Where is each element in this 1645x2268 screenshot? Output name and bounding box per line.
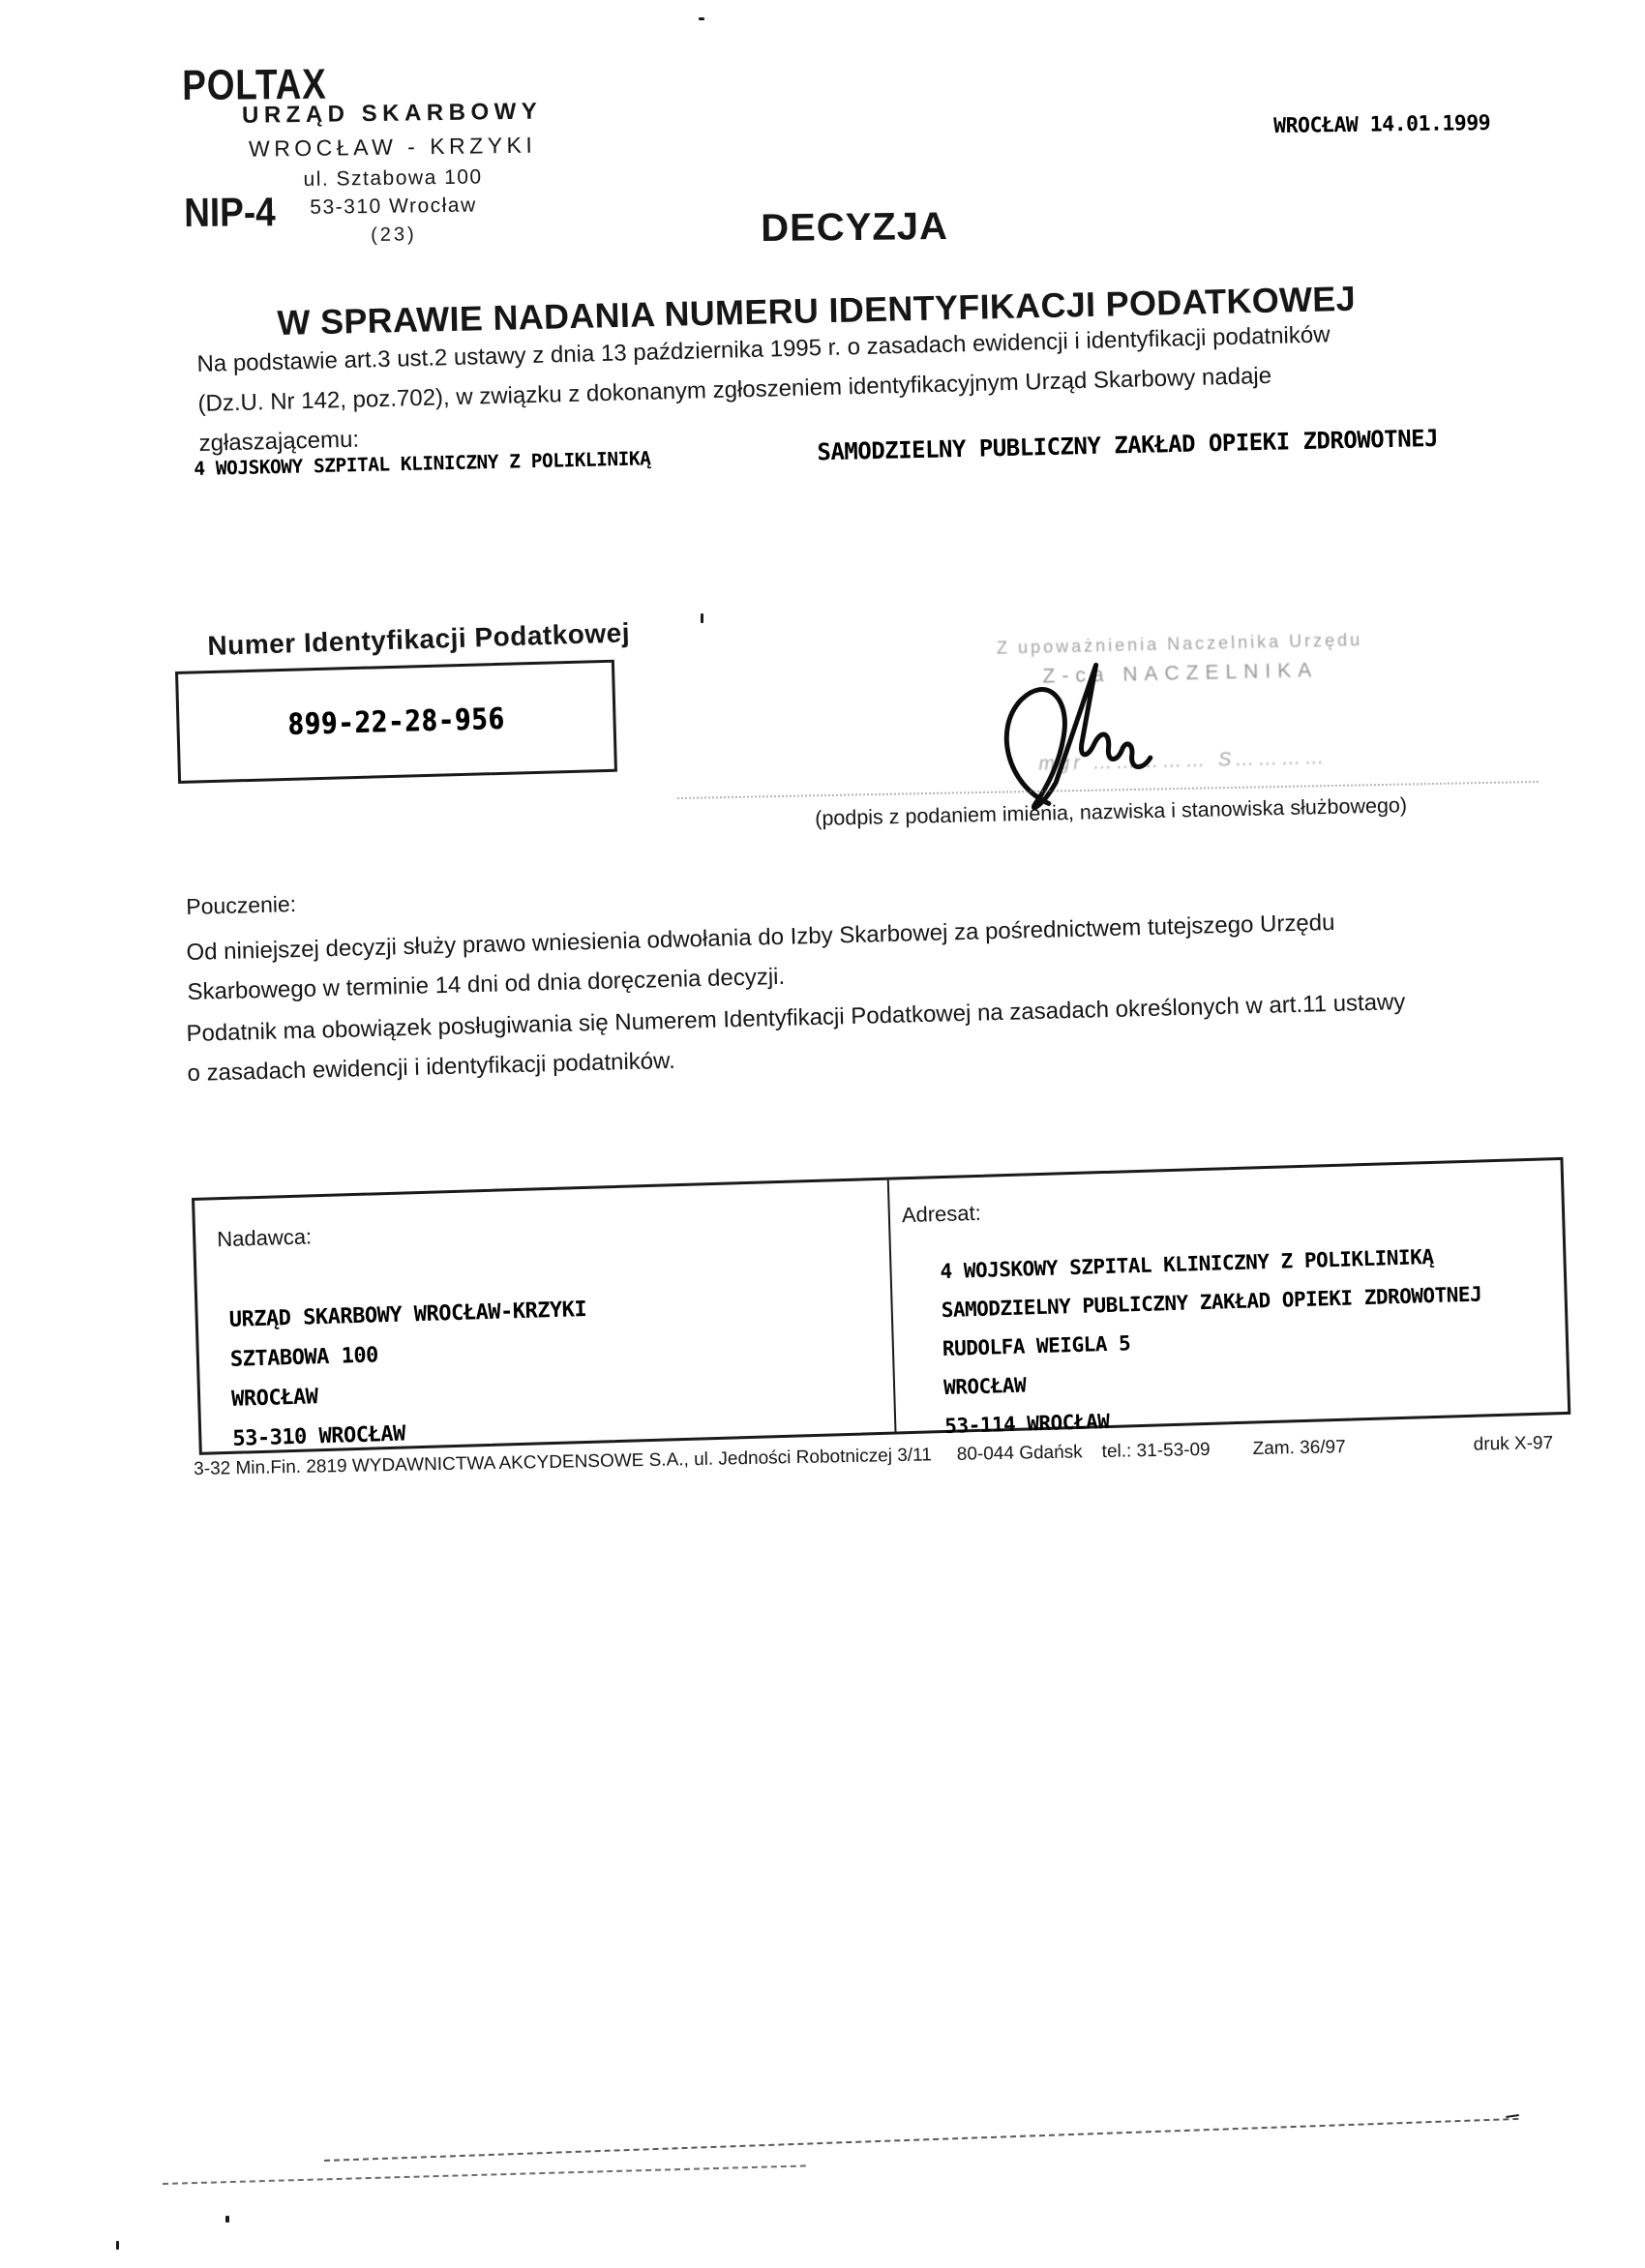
- imprint-phone: tel.: 31-53-09: [1101, 1440, 1210, 1463]
- addressee-address: 4 WOJSKOWY SZPITAL KLINICZNY Z POLIKLINI…: [940, 1237, 1485, 1446]
- tax-office-stamp-number: (23): [234, 222, 553, 249]
- scan-speck: [116, 2241, 119, 2250]
- signature-area: Z upoważnienia Naczelnika Urzędu Z-ca NA…: [813, 626, 1547, 694]
- scan-speck: [701, 613, 703, 623]
- scan-dashed-line: [163, 2164, 806, 2185]
- tax-office-stamp: URZĄD SKARBOWY WROCŁAW - KRZYKI ul. Szta…: [232, 98, 553, 249]
- imprint-print-code: druk X-97: [1473, 1433, 1553, 1456]
- address-panel-divider: [887, 1180, 897, 1432]
- sender-label: Nadawca:: [217, 1224, 313, 1252]
- tax-office-stamp-postal: 53-310 Wrocław: [233, 193, 553, 221]
- scan-speck: [225, 2216, 229, 2223]
- document-type-heading: DECYZJA: [761, 205, 948, 251]
- addressee-label: Adresat:: [901, 1201, 981, 1228]
- imprint-city: 80-044 Gdańsk: [957, 1442, 1083, 1465]
- tax-office-stamp-city: WROCŁAW - KRZYKI: [232, 132, 552, 163]
- address-panel: Nadawca: URZĄD SKARBOWY WROCŁAW-KRZYKI S…: [192, 1157, 1570, 1455]
- nip-label: Numer Identyfikacji Podatkowej: [207, 617, 630, 662]
- nip-number-value: 899-22-28-956: [287, 701, 505, 741]
- instruction-heading: Pouczenie:: [186, 891, 296, 920]
- place-and-date: WROCŁAW 14.01.1999: [1273, 111, 1490, 138]
- taxpayer-name-left: 4 WOJSKOWY SZPITAL KLINICZNY Z POLIKLINI…: [194, 447, 650, 480]
- tax-office-stamp-name: URZĄD SKARBOWY: [232, 98, 552, 130]
- form-code: NIP-4: [184, 189, 276, 236]
- scan-speck: [699, 17, 704, 20]
- nip-number-box: 899-22-28-956: [175, 660, 617, 784]
- sender-address: URZĄD SKARBOWY WROCŁAW-KRZYKI SZTABOWA 1…: [228, 1290, 590, 1459]
- scanned-document-page: POLTAX URZĄD SKARBOWY WROCŁAW - KRZYKI u…: [0, 0, 1645, 2268]
- scan-dashed-line: [324, 2118, 1518, 2162]
- imprint-order-number: Zam. 36/97: [1252, 1437, 1346, 1460]
- tax-office-stamp-street: ul. Sztabowa 100: [233, 164, 553, 193]
